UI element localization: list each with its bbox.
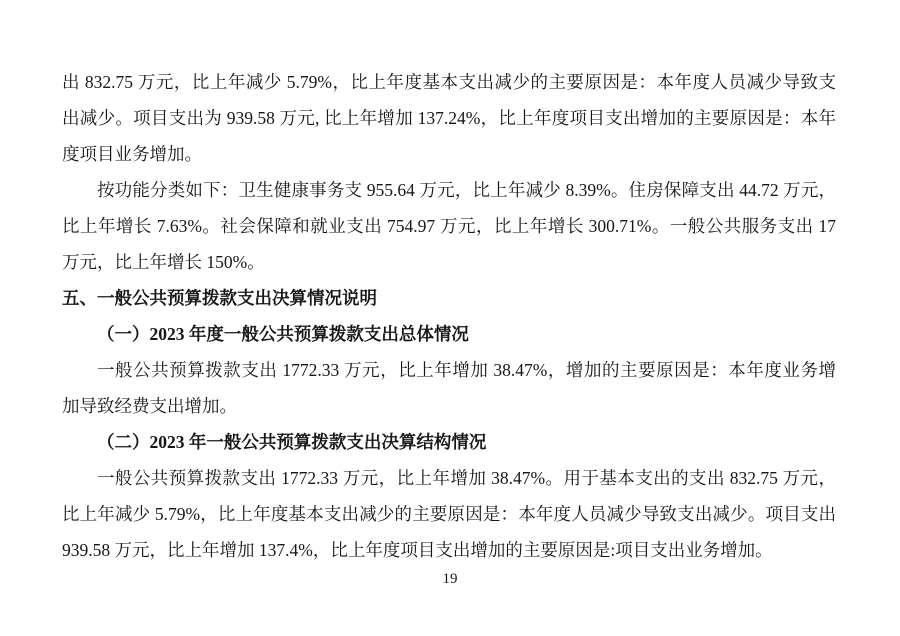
paragraph: 按功能分类如下：卫生健康事务支 955.64 万元，比上年减少 8.39%。住房… — [62, 172, 836, 280]
sub-heading: （二）2023 年一般公共预算拨款支出决算结构情况 — [62, 424, 836, 460]
paragraph: 一般公共预算拨款支出 1772.33 万元，比上年增加 38.47%。用于基本支… — [62, 460, 836, 568]
section-heading: 五、一般公共预算拨款支出决算情况说明 — [62, 280, 836, 316]
text-line: 939.58 万元，比上年增加 137.4%，比上年度项目支出增加的主要原因是:… — [62, 532, 836, 568]
text-line: 万元，比上年增长 150%。 — [62, 244, 836, 280]
text-line: 比上年增长 7.63%。社会保障和就业支出 754.97 万元，比上年增长 30… — [62, 208, 836, 244]
text-line: 按功能分类如下：卫生健康事务支 955.64 万元，比上年减少 8.39%。住房… — [62, 172, 836, 208]
document-page: 出 832.75 万元，比上年减少 5.79%，比上年度基本支出减少的主要原因是… — [0, 0, 900, 636]
text-line: 加导致经费支出增加。 — [62, 388, 836, 424]
text-line: 出 832.75 万元，比上年减少 5.79%，比上年度基本支出减少的主要原因是… — [62, 64, 836, 100]
paragraph: 出 832.75 万元，比上年减少 5.79%，比上年度基本支出减少的主要原因是… — [62, 64, 836, 172]
sub-heading: （一）2023 年度一般公共预算拨款支出总体情况 — [62, 316, 836, 352]
text-line: 度项目业务增加。 — [62, 136, 836, 172]
text-line: 比上年减少 5.79%，比上年度基本支出减少的主要原因是：本年度人员减少导致支出… — [62, 496, 836, 532]
text-line: 一般公共预算拨款支出 1772.33 万元，比上年增加 38.47%。用于基本支… — [62, 460, 836, 496]
paragraph: 一般公共预算拨款支出 1772.33 万元，比上年增加 38.47%，增加的主要… — [62, 352, 836, 424]
document-content: 出 832.75 万元，比上年减少 5.79%，比上年度基本支出减少的主要原因是… — [62, 64, 836, 568]
text-line: 出减少。项目支出为 939.58 万元, 比上年增加 137.24%，比上年度项… — [62, 100, 836, 136]
page-number: 19 — [0, 567, 900, 591]
text-line: （二）2023 年一般公共预算拨款支出决算结构情况 — [62, 424, 836, 460]
text-line: 五、一般公共预算拨款支出决算情况说明 — [62, 280, 836, 316]
text-line: （一）2023 年度一般公共预算拨款支出总体情况 — [62, 316, 836, 352]
text-line: 一般公共预算拨款支出 1772.33 万元，比上年增加 38.47%，增加的主要… — [62, 352, 836, 388]
